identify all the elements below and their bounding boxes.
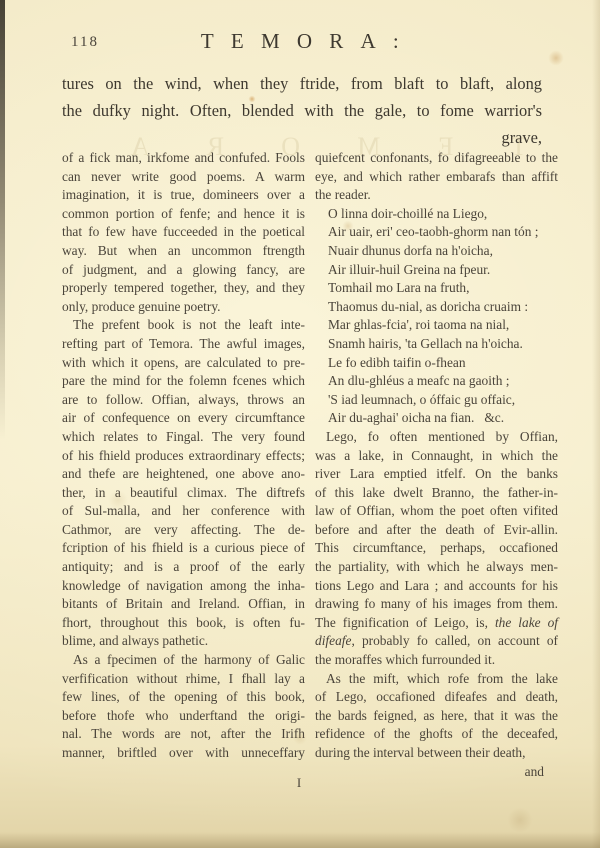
catchword: grave, — [62, 124, 542, 151]
text-line: of his fhield produces extraordinary eff… — [62, 447, 305, 466]
text-line: As a fpecimen of the harmony of Galic — [62, 651, 305, 670]
text-line: refting part of Temora. The awful images… — [62, 335, 305, 354]
scan-edge-shadow-bottom — [0, 832, 600, 848]
text-line: of a fick man, irkfome and confufed. Foo… — [62, 149, 305, 168]
text-line: O linna doir-choillé na Liego, — [315, 205, 558, 224]
text-line: Snamh hairis, 'ta Gellach na h'oicha. — [315, 335, 558, 354]
text-line: with which it opens, are calculated to p… — [62, 354, 305, 373]
text-line: of Sul-malla, and her conference with — [62, 502, 305, 521]
main-text-line: the dufky night. Often, blended with the… — [62, 97, 542, 124]
text-line: the bards feigned, as here, that it was … — [315, 707, 558, 726]
main-text-line: tures on the wind, when they ftride, fro… — [62, 70, 542, 97]
text-line: only, produce genuine poetry. — [62, 298, 305, 317]
text-line: was a lake, in Connaught, in which the — [315, 447, 558, 466]
text-line: way. But when an uncommon ftrength — [62, 242, 305, 261]
text-line: common portion of fenfe; and hence it is — [62, 205, 305, 224]
text-line: bitants of Britain and Ireland. Offian, … — [62, 595, 305, 614]
text-line: The prefent book is not the leaft inte- — [62, 316, 305, 335]
text-line: and thefe are heightened, one above ano- — [62, 465, 305, 484]
text-line: This circumftance, perhaps, occafioned — [315, 539, 558, 558]
text-line: tions Lego and Lara ; and accounts for h… — [315, 577, 558, 596]
scan-edge-shadow-left — [0, 0, 5, 440]
text-line: the moraffes which furrounded it. — [315, 651, 558, 670]
footnote-columns: of a fick man, irkfome and confufed. Foo… — [62, 149, 558, 781]
text-line: Air du-aghai' oicha na fian. &c. — [315, 409, 558, 428]
text-line: Tomhail mo Lara na fruth, — [315, 279, 558, 298]
text-line: difeafe, probably fo called, on account … — [315, 632, 558, 651]
running-title: TEMORA: — [0, 29, 600, 54]
text-line: ther, in a beautiful climax. The diftref… — [62, 484, 305, 503]
text-line: Nuair dhunus dorfa na h'oicha, — [315, 242, 558, 261]
text-line: manner, briftled over with unneceffary — [62, 744, 305, 763]
text-line: the partiality, with which he always men… — [315, 558, 558, 577]
text-line: refidence of the ghofts of the deceafed, — [315, 725, 558, 744]
text-line: knowledge of navigation among the inha- — [62, 577, 305, 596]
text-line: air of confequence on every circumftance — [62, 409, 305, 428]
text-line: properly tempered together, they, and th… — [62, 279, 305, 298]
text-line: Lego, fo often mentioned by Offian, — [315, 428, 558, 447]
text-line: the reader. — [315, 186, 558, 205]
text-line: of this lake dwelt Branno, the father-in… — [315, 484, 558, 503]
text-line: antiquity; and is a proof of the early — [62, 558, 305, 577]
text-line: that fo few have fucceeded in the poetic… — [62, 223, 305, 242]
text-line: which relates to Fingal. The very found — [62, 428, 305, 447]
text-line: An dlu-ghléus a meafc na gaoith ; — [315, 372, 558, 391]
text-line: Le fo edibh taifin o-fhean — [315, 354, 558, 373]
text-line: drawing fo many of his images from them. — [315, 595, 558, 614]
text-line: blime, and always pathetic. — [62, 632, 305, 651]
text-line: and — [315, 763, 558, 782]
text-line: of judgment, and a glowing fancy, are — [62, 261, 305, 280]
text-line: Air uair, eri' ceo-taobh-ghorm nan tón ; — [315, 223, 558, 242]
main-text-paragraph: tures on the wind, when they ftride, fro… — [62, 70, 542, 151]
text-line: imagination, it is true, domineers over … — [62, 186, 305, 205]
text-line: river Lara emptied itfelf. On the banks — [315, 465, 558, 484]
text-line: As the mift, which rofe from the lake — [315, 670, 558, 689]
text-line: 'S iad leumnach, o óffaic gu offaic, — [315, 391, 558, 410]
text-line: The fignification of Leigo, is, the lake… — [315, 614, 558, 633]
text-line: before and after the death of Evir-allin… — [315, 521, 558, 540]
text-line: during the interval between their death, — [315, 744, 558, 763]
book-page: TEMORA 118 TEMORA: tures on the wind, wh… — [0, 0, 600, 848]
text-line: Cathmor, are very affecting. The de- — [62, 521, 305, 540]
text-line: of Lego, occafioned difeafes and death, — [315, 688, 558, 707]
text-line: law of Offian, whom the poet often vifit… — [315, 502, 558, 521]
text-line: eye, and which rather embarafs than affi… — [315, 168, 558, 187]
text-line: Air illuir-huil Greina na fpeur. — [315, 261, 558, 280]
footnote-column-left: of a fick man, irkfome and confufed. Foo… — [62, 149, 305, 781]
footnote-column-right: quiefcent confonants, fo difagreeable to… — [315, 149, 558, 781]
text-line: verfification without rhime, I fhall lay… — [62, 670, 305, 689]
text-line: fhort, throughout this book, is often fu… — [62, 614, 305, 633]
text-line: pare the mind for the folemn fcenes whic… — [62, 372, 305, 391]
signature-mark: I — [279, 775, 319, 791]
scan-edge-shadow-right — [592, 0, 600, 848]
text-line: Mar ghlas-fcia', roi taoma na nial, — [315, 316, 558, 335]
text-line: are to follow. Offian, always, throws an — [62, 391, 305, 410]
text-line: before thofe who underftand the origi- — [62, 707, 305, 726]
text-line: fcription of his fhield is a curious pie… — [62, 539, 305, 558]
text-line: few lines, of the opening of this book, — [62, 688, 305, 707]
text-line: can never write good poems. A warm — [62, 168, 305, 187]
text-line: quiefcent confonants, fo difagreeable to… — [315, 149, 558, 168]
text-line: Thaomus du-nial, as doricha cruaim : — [315, 298, 558, 317]
text-line: nal. The words are not, after the Irifh — [62, 725, 305, 744]
